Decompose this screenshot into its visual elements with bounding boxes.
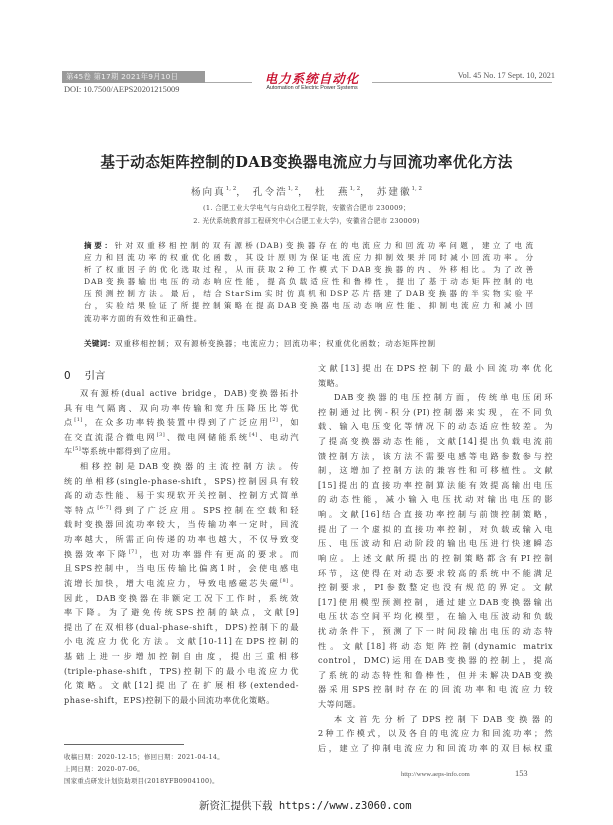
body-line: 具有电气隔离、双向功率传输和宽升压降压比等优 bbox=[64, 401, 299, 416]
author-affil-mark: 1, 2 bbox=[288, 186, 299, 192]
keywords: 关键词：双重移相控制；双有源桥变换器；电流应力；回流功率；权重优化函数；动态矩阵… bbox=[84, 338, 534, 349]
body-line: 响。文献[16]结合直接功率控制与前馈控制策略， bbox=[318, 507, 553, 522]
keywords-text: 双重移相控制；双有源桥变换器；电流应力；回流功率；权重优化函数；动态矩阵控制 bbox=[115, 339, 436, 348]
body-line: 小电流应力优化方法。文献[10-11]在DPS控制的 bbox=[64, 634, 299, 649]
abstract-line: 应力和回流功率的权重优化函数，其设计原则为保证电流应力抑制效果并同时减小回流功率… bbox=[84, 252, 534, 264]
body-line: 载时变换器回流功率较大，当传输功率一定时，回流 bbox=[64, 517, 299, 532]
body-line: 车[5]等系统中都得到了应用。 bbox=[64, 444, 299, 459]
author: 苏建徽 bbox=[377, 187, 412, 198]
body-line: 压、电压波动和启动阶段的输出电压进行快速瞬态 bbox=[318, 536, 553, 551]
body-line: 化策略。文献[12]提出了在扩展相移(extended- bbox=[64, 678, 299, 693]
body-line: 本文首先分析了DPS控制下DAB变换器的 bbox=[318, 712, 553, 727]
body-line: [17]使用模型预测控制，通过建立DAB变换器输出 bbox=[318, 595, 553, 610]
author: 孔令浩 bbox=[253, 187, 288, 198]
footnote-received-date: 收稿日期：2020-12-15；修回日期：2021-04-14。 bbox=[64, 751, 224, 763]
journal-english-name: Automation of Electric Power Systems bbox=[253, 85, 371, 91]
left-column: 双有源桥(dual active bridge，DAB)变换器拓扑具有电气隔离、… bbox=[64, 386, 299, 707]
body-line: 的动态性能，减小输入电压扰动对输出电压的影 bbox=[318, 492, 553, 507]
abstract-line: DAB变换器输出电压的动态响应性能，提高负载适应性和鲁棒性，提出了基于动态矩阵控… bbox=[84, 276, 534, 288]
body-line: 统的单相移(single-phase-shift，SPS)控制因具有较 bbox=[64, 474, 299, 489]
body-line: 大等问题。 bbox=[318, 697, 553, 712]
body-line: control，DMC)运用在DAB变换器的控制上，提高 bbox=[318, 653, 553, 668]
body-line: 控制通过比例-积分(PI)控制器来实现，在不同负 bbox=[318, 405, 553, 420]
body-line: 响应。上述文献所提出的控制策略都含有PI控制 bbox=[318, 551, 553, 566]
author-separator: ， bbox=[360, 187, 372, 198]
body-line: 率下降。为了避免传统SPS控制的缺点，文献[9] bbox=[64, 605, 299, 620]
author-affil-mark: 1, 2 bbox=[226, 186, 237, 192]
footnotes: 收稿日期：2020-12-15；修回日期：2021-04-14。 上网日期：20… bbox=[64, 751, 224, 788]
body-line: 流增长加快，增大电流应力，导致电感磁芯失磁[8]。 bbox=[64, 576, 299, 591]
abstract-line: 流功率方面的有效性和正确性。 bbox=[84, 313, 534, 325]
section-number: 0 bbox=[64, 370, 71, 382]
author-affil-mark: 1, 2 bbox=[350, 186, 361, 192]
body-line: 2种工作模式，以及各自的电流应力和回流功率；然 bbox=[318, 726, 553, 741]
body-line: 电压状态空间平均化模型，在输入电压波动和负载 bbox=[318, 609, 553, 624]
body-line: 馈控制方法，该方法不需要电感等电路参数参与控 bbox=[318, 449, 553, 464]
body-line: 在交直流混合微电网[3]、微电网储能系统[4]、电动汽 bbox=[64, 430, 299, 445]
body-line: DAB变换器的电压控制方面，传统单电压闭环 bbox=[318, 390, 553, 405]
abstract-label: 摘要： bbox=[84, 241, 115, 250]
footnote-online-date: 上网日期：2020-07-06。 bbox=[64, 763, 224, 775]
citation-ref[interactable]: [5] bbox=[73, 446, 82, 452]
paper-title: 基于动态矩阵控制的DAB变换器电流应力与回流功率优化方法 bbox=[0, 151, 613, 172]
header-divider-right bbox=[372, 82, 552, 83]
affiliation-2: 2. 光伏系统教育部工程研究中心(合肥工业大学)，安徽省合肥市 230009) bbox=[0, 215, 613, 225]
affiliation-1: (1. 合肥工业大学电气与自动化工程学院，安徽省合肥市 230009； bbox=[0, 202, 613, 212]
body-line: 因此，DAB变换器在非额定工况下工作时，系统效 bbox=[64, 591, 299, 606]
header-divider-left bbox=[205, 82, 252, 83]
body-line: 了提高变换器动态性能，文献[14]提出负载电流前 bbox=[318, 434, 553, 449]
body-line: 载、输入电压变化等情况下的动态适应性较差。为 bbox=[318, 419, 553, 434]
title-part-2: DAB bbox=[235, 154, 273, 171]
abstract-line: 析了权重因子的优化选取过程，从而获取2种工作模式下DAB变换器的内、外移相比。为… bbox=[84, 264, 534, 276]
footnote-funding: 国家重点研发计划资助项目(2018YFB0904100)。 bbox=[64, 775, 224, 787]
author-separator: ， bbox=[298, 187, 310, 198]
author-list: 杨向真1, 2， 孔令浩1, 2， 杜 燕1, 2， 苏建徽1, 2 bbox=[0, 184, 613, 198]
section-heading: 0引言 bbox=[64, 367, 105, 382]
body-line: (triple-phase-shift，TPS)控制下的最小电流应力优 bbox=[64, 664, 299, 679]
author: 杨向真 bbox=[191, 187, 226, 198]
volume-info: Vol. 45 No. 17 Sept. 10, 2021 bbox=[458, 71, 555, 80]
download-watermark: 新资汇提供下载 https://www.z3060.com bbox=[199, 798, 412, 813]
citation-ref[interactable]: [4] bbox=[249, 432, 258, 438]
body-line: 且SPS控制中，当电压传输比偏离1时，会使电感电 bbox=[64, 561, 299, 576]
issue-bar: 第45卷 第17期 2021年9月10日 bbox=[62, 71, 205, 83]
citation-ref[interactable]: [7] bbox=[129, 549, 138, 555]
body-line: 性。文献[18]将动态矩阵控制(dynamic matrix bbox=[318, 639, 553, 654]
abstract-line: 压预测控制方法。最后，结合StarSim实时仿真机和DSP芯片搭建了DAB变换器… bbox=[84, 288, 534, 300]
citation-ref[interactable]: [1] bbox=[74, 417, 83, 423]
title-part-3: 变换器电流应力与回流功率优化方法 bbox=[273, 154, 513, 171]
body-line: 提出了在双相移(dual-phase-shift，DPS)控制下的最 bbox=[64, 620, 299, 635]
body-line: phase-shift，EPS)控制下的最小回流功率优化策略。 bbox=[64, 693, 299, 708]
body-line: 双有源桥(dual active bridge，DAB)变换器拓扑 bbox=[64, 386, 299, 401]
body-line: 制，这增加了控制方法的兼容性和可移植性。文献 bbox=[318, 463, 553, 478]
section-title: 引言 bbox=[85, 370, 106, 382]
page-number: 153 bbox=[515, 769, 528, 778]
citation-ref[interactable]: [3] bbox=[157, 432, 166, 438]
body-line: 环节，这使得在对动态要求较高的系统中不能满足 bbox=[318, 566, 553, 581]
doi: DOI: 10.7500/AEPS20201215009 bbox=[64, 85, 179, 94]
body-line: 后，建立了抑制电流应力和回流功率的双目标权重 bbox=[318, 741, 553, 756]
footnote-divider bbox=[64, 744, 184, 745]
body-line: 等特点[6-7]得到了广泛应用。SPS控制在空载和轻 bbox=[64, 503, 299, 518]
body-line: 文献[13]提出在DPS控制下的最小回流功率优化 bbox=[318, 361, 553, 376]
author-affil-mark: 1, 2 bbox=[412, 186, 423, 192]
body-line: [15]提出的直接功率控制算法能有效提高输出电压 bbox=[318, 478, 553, 493]
body-line: 提出了一个虚拟的直接功率控制，对负载或输入电 bbox=[318, 522, 553, 537]
body-line: 了系统的动态特性和鲁棒性，但并未解决DAB变换 bbox=[318, 668, 553, 683]
abstract: 摘要：针对双重移相控制的双有源桥(DAB)变换器存在的电流应力和回流功率问题，建… bbox=[84, 240, 534, 325]
body-line: 相移控制是DAB变换器的主流控制方法。传 bbox=[64, 459, 299, 474]
body-line: 高的动态性能、易于实现软开关控制、控制方式简单 bbox=[64, 488, 299, 503]
body-line: 点[1]，在众多功率转换装置中得到了广泛应用[2]，如 bbox=[64, 415, 299, 430]
journal-url[interactable]: http://www.aeps-info.com bbox=[401, 771, 470, 778]
citation-ref[interactable]: [6-7] bbox=[97, 505, 111, 511]
abstract-line: 台，实验结果验证了所提控制策略在提高DAB变换器电压动态响应性能、抑制电流应力和… bbox=[84, 300, 534, 312]
body-line: 策略。 bbox=[318, 376, 553, 391]
right-column: 文献[13]提出在DPS控制下的最小回流功率优化策略。DAB变换器的电压控制方面… bbox=[318, 361, 553, 755]
body-line: 基础上进一步增加控制自由度，提出三重相移 bbox=[64, 649, 299, 664]
body-line: 扰动条件下，预测了下一时间段输出电压的动态特 bbox=[318, 624, 553, 639]
body-line: 换器效率下降[7]，也对功率器件有更高的要求。而 bbox=[64, 547, 299, 562]
body-line: 控制要求，PI参数整定也没有规范的界定。文献 bbox=[318, 580, 553, 595]
body-line: 器采用SPS控制时存在的回流功率和电流应力较 bbox=[318, 682, 553, 697]
title-part-1: 基于动态矩阵控制的 bbox=[100, 154, 235, 171]
author: 杜 燕 bbox=[315, 187, 350, 198]
body-line: 功率越大，所需正向传递的功率也越大，不仅导致变 bbox=[64, 532, 299, 547]
abstract-line: 摘要：针对双重移相控制的双有源桥(DAB)变换器存在的电流应力和回流功率问题，建… bbox=[84, 240, 534, 252]
author-separator: ， bbox=[236, 187, 248, 198]
citation-ref[interactable]: [8] bbox=[280, 578, 289, 584]
keywords-label: 关键词： bbox=[84, 339, 115, 348]
